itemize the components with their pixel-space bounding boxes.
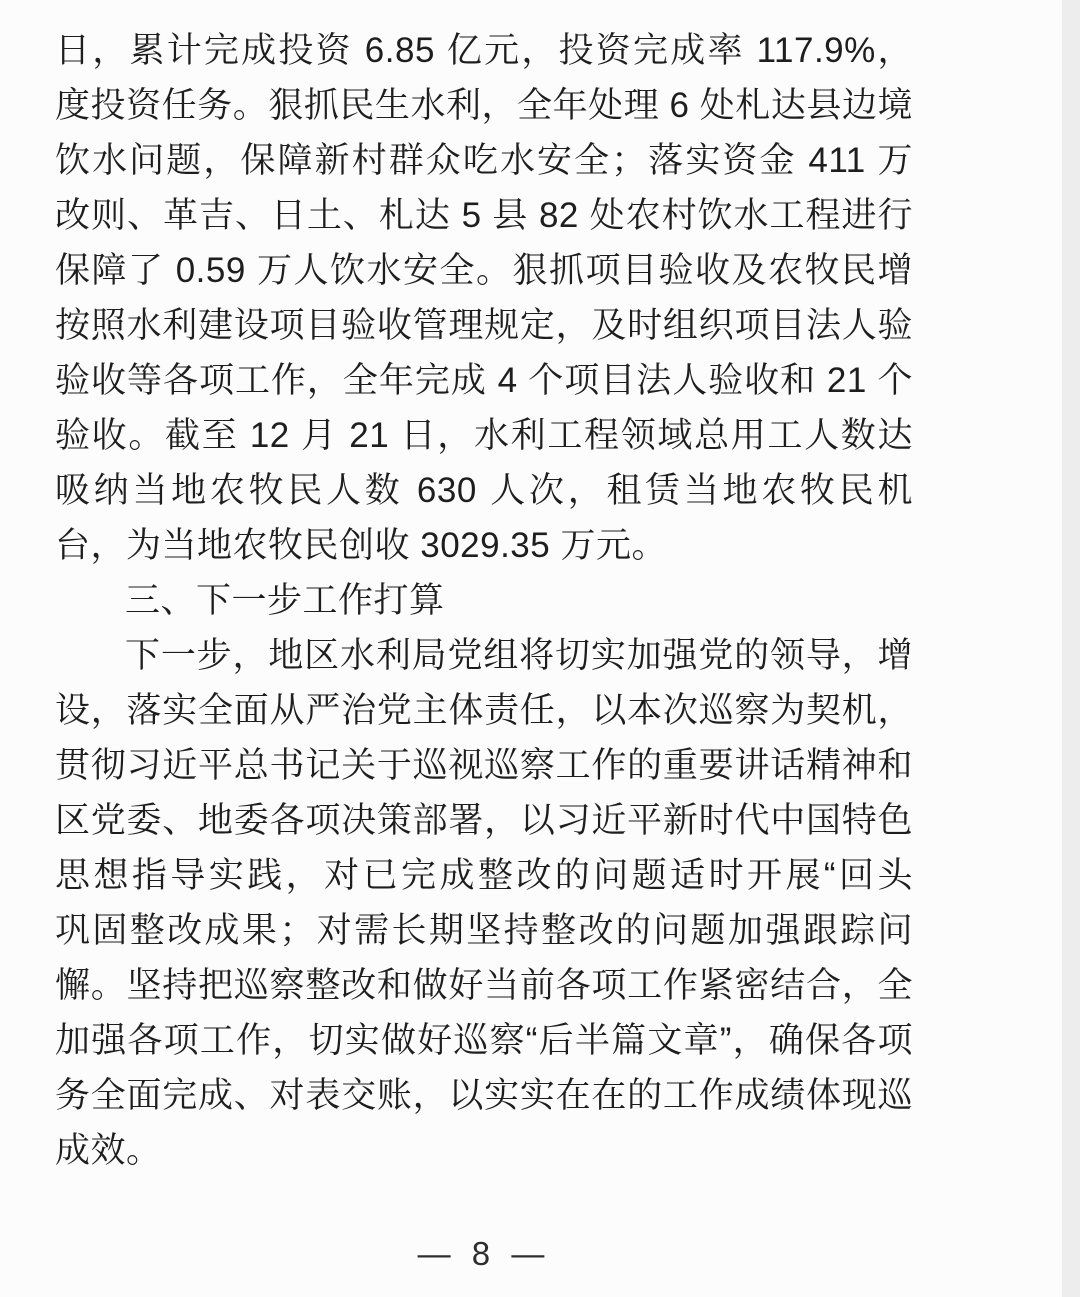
text-line: 务全面完成、对表交账，以实实在在的工作成绩体现巡察整改的 xyxy=(55,1068,913,1123)
text-line: 巩固整改成果；对需长期坚持整改的问题加强跟踪问效，常抓不 xyxy=(55,903,913,958)
document-body: 日，累计完成投资 6.85 亿元，投资完成率 117.9%，超额完成年 度投资任… xyxy=(55,23,913,1178)
text-line: 验收。截至 12 月 21 日，水利工程领域总用工人数达 1684 人次， xyxy=(55,408,913,463)
text-line: 贯彻习近平总书记关于巡视巡察工作的重要讲话精神和党中央、 xyxy=(55,738,913,793)
text-line: 区党委、地委各项决策部署，以习近平新时代中国特色社会主义 xyxy=(55,793,913,848)
text-line: 思想指导实践，对已完成整改的问题适时开展“回头看”，持续 xyxy=(55,848,913,903)
text-line: 饮水问题，保障新村群众吃水安全；落实资金 411 万元，对措勤、 xyxy=(55,133,913,188)
text-line: 按照水利建设项目验收管理规定，及时组织项目法人验收和竣工 xyxy=(55,298,913,353)
text-line: 懈。坚持把巡察整改和做好当前各项工作紧密结合，全面改进和 xyxy=(55,958,913,1013)
text-line: 台，为当地农牧民创收 3029.35 万元。 xyxy=(55,518,913,573)
text-line: 吸纳当地农牧民人数 630 人次，租赁当地农牧民机械、车辆 225 xyxy=(55,463,913,518)
text-line: 保障了 0.59 万人饮水安全。狠抓项目验收及农牧民增收工作， xyxy=(55,243,913,298)
text-line: 成效。 xyxy=(55,1123,913,1178)
text-line: 下一步，地区水利局党组将切实加强党的领导，增强党的建 xyxy=(55,628,913,683)
text-line: 改则、革吉、日土、札达 5 县 82 处农村饮水工程进行维修养护， xyxy=(55,188,913,243)
text-line: 日，累计完成投资 6.85 亿元，投资完成率 117.9%，超额完成年 xyxy=(55,23,913,78)
text-line: 设，落实全面从严治党主体责任，以本次巡察为契机，深入学习 xyxy=(55,683,913,738)
page-number: — 8 — xyxy=(55,1232,913,1276)
page-edge-shadow xyxy=(1062,0,1080,1297)
text-line: 度投资任务。狠抓民生水利，全年处理 6 处札达县边境新村群众 xyxy=(55,78,913,133)
text-line: 加强各项工作，切实做好巡察“后半篇文章”，确保各项整改任 xyxy=(55,1013,913,1068)
section-heading: 三、下一步工作打算 xyxy=(55,573,913,628)
text-line: 验收等各项工作，全年完成 4 个项目法人验收和 21 个项目竣工 xyxy=(55,353,913,408)
